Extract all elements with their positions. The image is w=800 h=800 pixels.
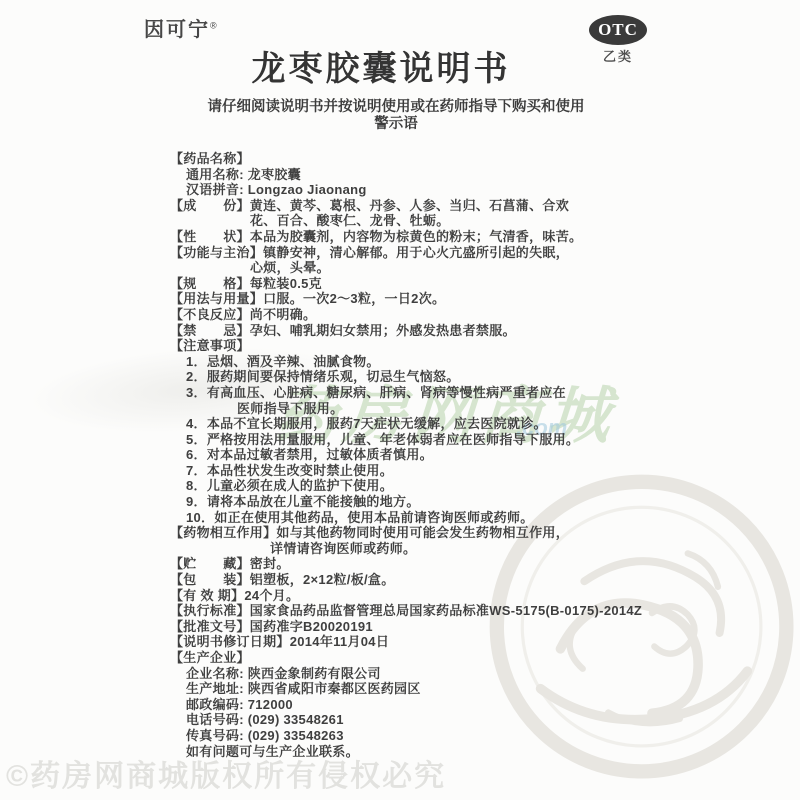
- page-title: 龙枣胶囊说明书: [0, 41, 762, 90]
- leaflet-page: 药房网商城 .com ©药房网商城版权所有侵权必究 因可宁® OTC 乙类 龙枣…: [0, 0, 800, 800]
- leaflet-line: 医师指导下服用。: [0, 401, 800, 417]
- leaflet-line: 9．请将本品放在儿童不能接触的地方。: [0, 494, 800, 510]
- leaflet-line: 【禁 忌】孕妇、哺乳期妇女禁用；外感发热患者禁服。: [0, 323, 800, 339]
- leaflet-line: 通用名称: 龙枣胶囊: [0, 167, 800, 183]
- leaflet-line: 7．本品性状发生改变时禁止使用。: [0, 463, 800, 479]
- leaflet-line: 【说明书修订日期】2014年11月04日: [0, 634, 800, 650]
- leaflet-line: 心烦，头晕。: [0, 260, 800, 276]
- leaflet-line: 【成 份】黄连、黄芩、葛根、丹参、人参、当归、石菖蒲、合欢: [0, 198, 800, 214]
- leaflet-line: 花、百合、酸枣仁、龙骨、牡蛎。: [0, 213, 800, 229]
- leaflet-line: 【有 效 期】24个月。: [0, 588, 800, 604]
- brand-logo: 因可宁®: [144, 13, 219, 42]
- leaflet-line: 6．对本品过敏者禁用，过敏体质者慎用。: [0, 447, 800, 463]
- leaflet-line: 【药物相互作用】如与其他药物同时使用可能会发生药物相互作用，: [0, 525, 800, 541]
- leaflet-line: 【执行标准】国家食品药品监督管理总局国家药品标准WS-5175(B-0175)-…: [0, 603, 800, 619]
- leaflet-line: 生产地址: 陕西省咸阳市秦都区医药园区: [0, 681, 800, 697]
- leaflet-line: 5．严格按用法用量服用，儿童、年老体弱者应在医师指导下服用。: [0, 432, 800, 448]
- leaflet-line: 4．本品不宜长期服用，服药7天症状无缓解，应去医院就诊。: [0, 416, 800, 432]
- leaflet-line: 【注意事项】: [0, 338, 800, 354]
- leaflet-line: 【性 状】本品为胶囊剂，内容物为棕黄色的粉末；气清香，味苦。: [0, 229, 800, 245]
- leaflet-line: 如有问题可与生产企业联系。: [0, 744, 800, 760]
- leaflet-line: 【包 装】铝塑板，2×12粒/板/盒。: [0, 572, 800, 588]
- leaflet-line: 3．有高血压、心脏病、糖尿病、肝病、肾病等慢性病严重者应在: [0, 385, 800, 401]
- leaflet-line: 企业名称: 陕西金象制药有限公司: [0, 666, 800, 682]
- leaflet-line: 【功能与主治】镇静安神，清心解郁。用于心火亢盛所引起的失眠，: [0, 245, 800, 261]
- leaflet-line: 汉语拼音: Longzao Jiaonang: [0, 182, 800, 198]
- leaflet-line: 详情请咨询医师或药师。: [0, 541, 800, 557]
- leaflet-body: 【药品名称】通用名称: 龙枣胶囊汉语拼音: Longzao Jiaonang【成…: [0, 151, 800, 759]
- leaflet-line: 8．儿童必须在成人的监护下使用。: [0, 478, 800, 494]
- brand-name: 因可宁: [144, 19, 210, 41]
- leaflet-line: 【用法与用量】口服。一次2～3粒，一日2次。: [0, 291, 800, 307]
- leaflet-line: 【规 格】每粒装0.5克: [0, 276, 800, 292]
- leaflet-line: 【贮 藏】密封。: [0, 556, 800, 572]
- leaflet-line: 2．服药期间要保持情绪乐观，切忌生气恼怒。: [0, 369, 800, 385]
- leaflet-line: 【生产企业】: [0, 650, 800, 666]
- leaflet-line: 1．忌烟、酒及辛辣、油腻食物。: [0, 354, 800, 370]
- leaflet-line: 电话号码: (029) 33548261: [0, 712, 800, 728]
- warning-label: 警示语: [0, 112, 792, 133]
- leaflet-line: 传真号码: (029) 33548263: [0, 728, 800, 744]
- leaflet-line: 【药品名称】: [0, 151, 800, 167]
- leaflet-line: 10．如正在使用其他药品，使用本品前请咨询医师或药师。: [0, 510, 800, 526]
- registered-trademark-icon: ®: [210, 20, 219, 30]
- leaflet-line: 邮政编码: 712000: [0, 697, 800, 713]
- leaflet-line: 【批准文号】国药准字B20020191: [0, 619, 800, 635]
- leaflet-line: 【不良反应】尚不明确。: [0, 307, 800, 323]
